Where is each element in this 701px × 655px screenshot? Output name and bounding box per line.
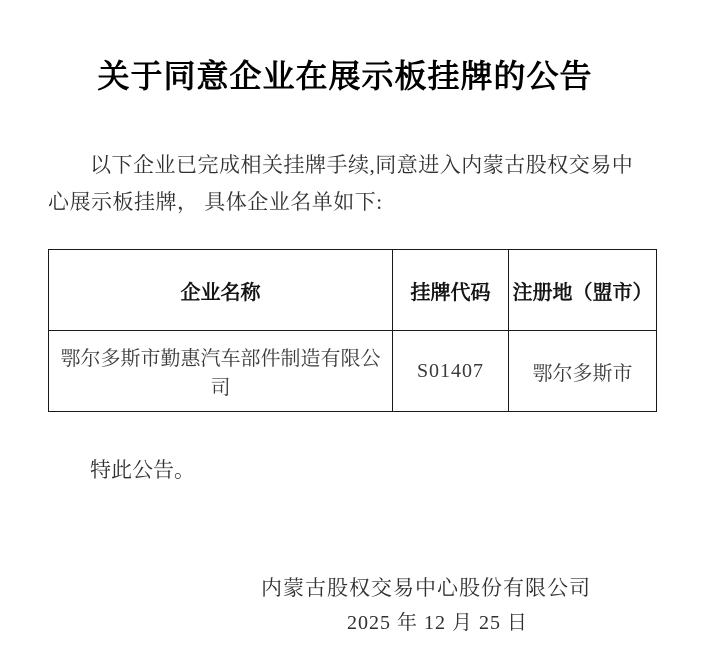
company-listing-table: 企业名称 挂牌代码 注册地（盟市） 鄂尔多斯市勤惠汽车部件制造有限公司 S014… xyxy=(48,249,657,412)
intro-paragraph: 以下企业已完成相关挂牌手续,同意进入内蒙古股权交易中心展示板挂牌， 具体企业名单… xyxy=(48,147,638,221)
closing-statement: 特此公告。 xyxy=(48,457,448,483)
column-header-listing-code: 挂牌代码 xyxy=(393,250,509,331)
table-row: 鄂尔多斯市勤惠汽车部件制造有限公司 S01407 鄂尔多斯市 xyxy=(49,331,657,412)
announcement-document: 关于同意企业在展示板挂牌的公告 以下企业已完成相关挂牌手续,同意进入内蒙古股权交… xyxy=(0,0,701,655)
cell-registration-place: 鄂尔多斯市 xyxy=(509,331,657,412)
column-header-company-name: 企业名称 xyxy=(49,250,393,331)
table-header-row: 企业名称 挂牌代码 注册地（盟市） xyxy=(49,250,657,331)
page-title: 关于同意企业在展示板挂牌的公告 xyxy=(0,56,690,96)
cell-listing-code: S01407 xyxy=(393,331,509,412)
cell-company-name: 鄂尔多斯市勤惠汽车部件制造有限公司 xyxy=(49,331,393,412)
issue-date: 2025 年 12 月 25 日 xyxy=(347,611,528,635)
issuer-signature: 内蒙古股权交易中心股份有限公司 xyxy=(261,575,591,601)
column-header-registration-place: 注册地（盟市） xyxy=(509,250,657,331)
